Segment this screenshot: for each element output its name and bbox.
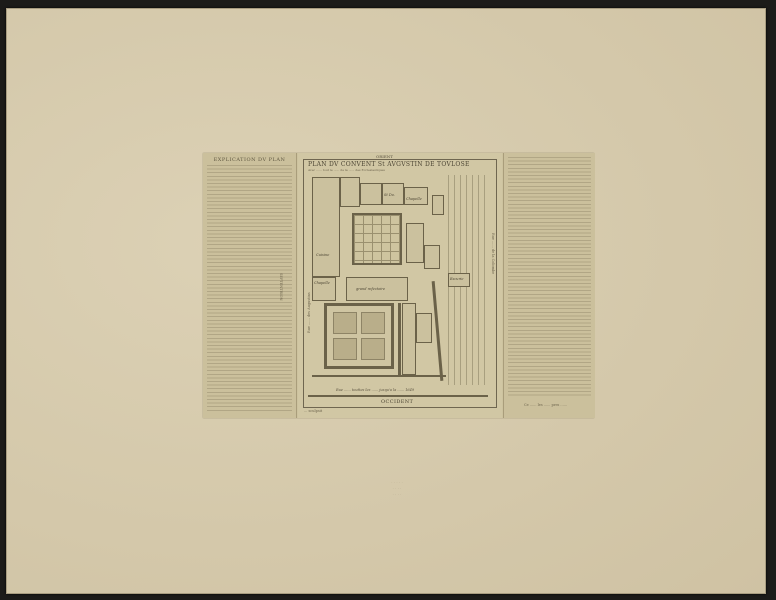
legend-note: Ce ...... les ...... pres ......: [524, 403, 567, 407]
church-nave: [312, 177, 340, 277]
garden-bed: [361, 338, 385, 360]
south-street-line: [308, 395, 488, 397]
room-label: Escurie: [450, 277, 463, 281]
explanation-title: EXPLICATION DV PLAN: [203, 157, 296, 163]
room-label: Cuisine: [316, 253, 329, 257]
map-subtitle: Avec ...... tout le ...... de la ...... …: [308, 168, 385, 172]
room-label: St Do.: [384, 193, 395, 197]
engraver-signature: ... sculpsit: [304, 409, 322, 413]
room-label: grand refectoire: [356, 287, 385, 291]
east-wall: [398, 303, 401, 375]
room-label: Chapelle: [314, 281, 330, 285]
right-street-label: Rue ...... de la Colombe: [491, 233, 495, 274]
room-chapelle-north: [404, 187, 428, 205]
cloister: [352, 213, 402, 265]
legend-text-block: [508, 157, 591, 396]
left-street-label: Rue ...... des Augustins: [307, 292, 311, 333]
explanation-column-left: EXPLICATION DV PLAN SEPTENTRION: [203, 153, 297, 418]
garden-bed: [333, 312, 357, 334]
room-block: [340, 177, 360, 207]
room-block: [424, 245, 440, 269]
map-title: PLAN DV CONVENT St AVGVSTIN DE TOVLOSE: [308, 161, 470, 168]
collection-stamp: · · · · · · · · · · · · ·: [382, 480, 412, 498]
south-boundary-wall: [312, 375, 446, 377]
stamp-line: · · · ·: [382, 492, 412, 498]
garden: [324, 303, 394, 369]
room-block: [406, 223, 424, 263]
room-block: [416, 313, 432, 343]
garden-bed: [361, 312, 385, 334]
map-footnote: Rue ...... touttes les ...... jusqu'a la…: [336, 388, 414, 392]
explanation-column-right: Ce ...... les ...... pres ......: [503, 153, 595, 418]
septentrion-label: SEPTENTRION: [279, 273, 283, 301]
room-block: [360, 183, 382, 205]
occident-label: OCCIDENT: [381, 399, 413, 405]
garden-bed: [333, 338, 357, 360]
east-wing: [402, 303, 416, 375]
convent-plan-map: ORIENT PLAN DV CONVENT St AVGVSTIN DE TO…: [298, 153, 502, 418]
room-block: [432, 195, 444, 215]
room-label: Chapelle: [406, 197, 422, 201]
engraved-plan-print: EXPLICATION DV PLAN SEPTENTRION ORIENT P…: [203, 153, 594, 418]
